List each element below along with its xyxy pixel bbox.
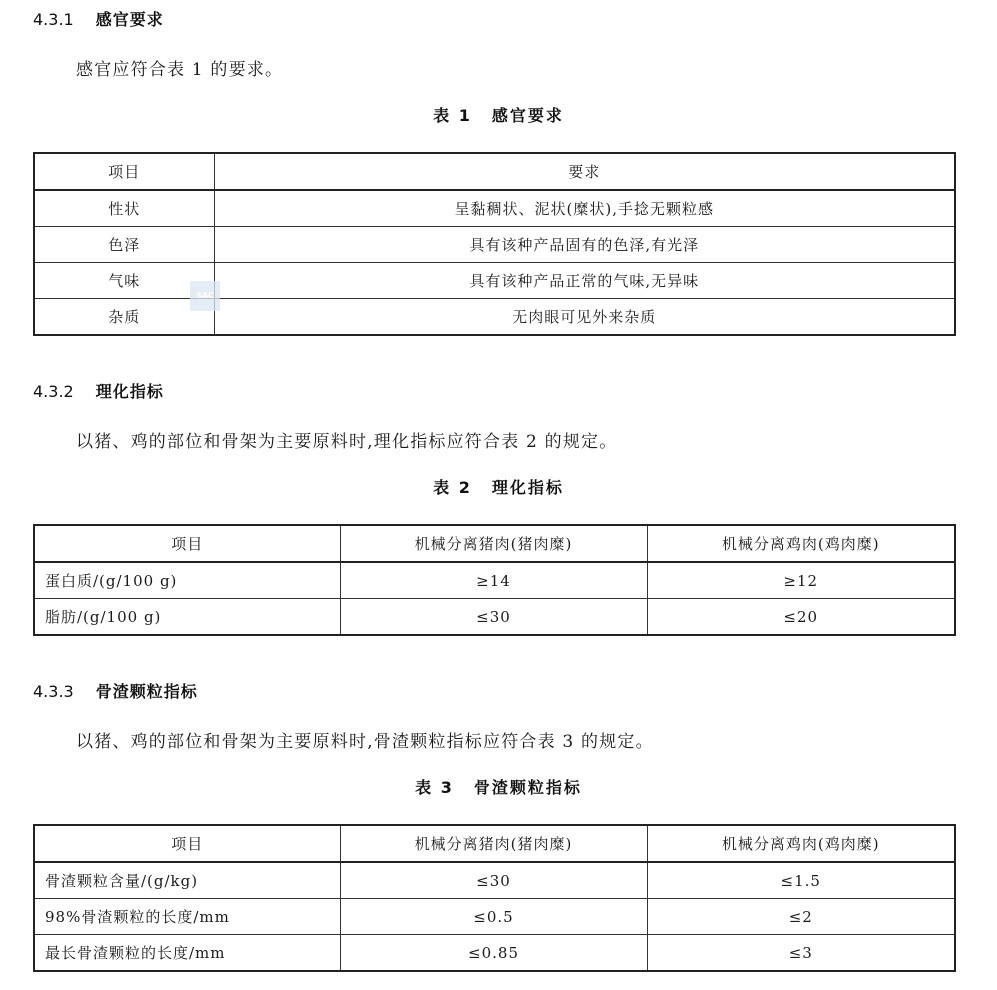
table-cell: 无肉眼可见外来杂质: [214, 299, 955, 336]
table-row: 性状 呈黏稠状、泥状(糜状),手捻无颗粒感: [34, 190, 955, 227]
column-header: 机械分离猪肉(猪肉糜): [340, 525, 647, 562]
table-row: 脂肪/(g/100 g) ≤30 ≤20: [34, 599, 955, 636]
section-heading-4-3-3: 4.3.3骨渣颗粒指标: [33, 679, 198, 702]
table-cell: 呈黏稠状、泥状(糜状),手捻无颗粒感: [214, 190, 955, 227]
section-title: 骨渣颗粒指标: [96, 682, 198, 701]
table-cell: 脂肪/(g/100 g): [34, 599, 340, 636]
column-header: 项目: [34, 825, 340, 862]
table-cell: ≥12: [647, 562, 955, 599]
table-cell: ≤2: [647, 899, 955, 935]
table-title: 骨渣颗粒指标: [474, 778, 582, 797]
table-cell: 气味: [34, 263, 214, 299]
section-heading-4-3-1: 4.3.1感官要求: [33, 7, 164, 30]
table-number: 表 3: [415, 778, 454, 797]
section-paragraph: 以猪、鸡的部位和骨架为主要原料时,理化指标应符合表 2 的规定。: [76, 427, 617, 452]
table-cell: ≤30: [340, 599, 647, 636]
table-bone-particle-indicators: 项目 机械分离猪肉(猪肉糜) 机械分离鸡肉(鸡肉糜) 骨渣颗粒含量/(g/kg)…: [33, 824, 956, 972]
table-physicochemical-indicators: 项目 机械分离猪肉(猪肉糜) 机械分离鸡肉(鸡肉糜) 蛋白质/(g/100 g)…: [33, 524, 956, 636]
table-row: 色泽 具有该种产品固有的色泽,有光泽: [34, 227, 955, 263]
table-cell: 蛋白质/(g/100 g): [34, 562, 340, 599]
table-caption-1: 表 1感官要求: [0, 103, 997, 126]
section-number: 4.3.2: [33, 382, 74, 401]
table-sensory-requirements: 项目 要求 性状 呈黏稠状、泥状(糜状),手捻无颗粒感 色泽 具有该种产品固有的…: [33, 152, 956, 336]
watermark-logo: SAC: [190, 281, 220, 311]
table-header-row: 项目 机械分离猪肉(猪肉糜) 机械分离鸡肉(鸡肉糜): [34, 525, 955, 562]
section-paragraph: 感官应符合表 1 的要求。: [76, 55, 283, 80]
table-caption-2: 表 2理化指标: [0, 475, 997, 498]
table-title: 感官要求: [492, 106, 564, 125]
table-cell: 骨渣颗粒含量/(g/kg): [34, 862, 340, 899]
table-row: 最长骨渣颗粒的长度/mm ≤0.85 ≤3: [34, 935, 955, 972]
section-paragraph: 以猪、鸡的部位和骨架为主要原料时,骨渣颗粒指标应符合表 3 的规定。: [76, 727, 654, 752]
table-cell: 杂质: [34, 299, 214, 336]
table-cell: 98%骨渣颗粒的长度/mm: [34, 899, 340, 935]
table-cell: 具有该种产品固有的色泽,有光泽: [214, 227, 955, 263]
column-header: 项目: [34, 525, 340, 562]
table-header-row: 项目 机械分离猪肉(猪肉糜) 机械分离鸡肉(鸡肉糜): [34, 825, 955, 862]
table-cell: ≥14: [340, 562, 647, 599]
table-number: 表 1: [433, 106, 472, 125]
table-row: 蛋白质/(g/100 g) ≥14 ≥12: [34, 562, 955, 599]
table-cell: ≤20: [647, 599, 955, 636]
table-cell: ≤0.5: [340, 899, 647, 935]
table-cell: ≤3: [647, 935, 955, 972]
table-caption-3: 表 3骨渣颗粒指标: [0, 775, 997, 798]
column-header: 机械分离猪肉(猪肉糜): [340, 825, 647, 862]
column-header: 项目: [34, 153, 214, 190]
section-title: 理化指标: [96, 382, 164, 401]
table-row: 98%骨渣颗粒的长度/mm ≤0.5 ≤2: [34, 899, 955, 935]
table-cell: ≤0.85: [340, 935, 647, 972]
section-heading-4-3-2: 4.3.2理化指标: [33, 379, 164, 402]
table-header-row: 项目 要求: [34, 153, 955, 190]
table-cell: 性状: [34, 190, 214, 227]
table-title: 理化指标: [492, 478, 564, 497]
column-header: 机械分离鸡肉(鸡肉糜): [647, 825, 955, 862]
table-cell: 色泽: [34, 227, 214, 263]
section-number: 4.3.1: [33, 10, 74, 29]
table-number: 表 2: [433, 478, 472, 497]
section-number: 4.3.3: [33, 682, 74, 701]
table-row: 骨渣颗粒含量/(g/kg) ≤30 ≤1.5: [34, 862, 955, 899]
table-cell: 具有该种产品正常的气味,无异味: [214, 263, 955, 299]
table-row: 气味 具有该种产品正常的气味,无异味: [34, 263, 955, 299]
column-header: 机械分离鸡肉(鸡肉糜): [647, 525, 955, 562]
table-cell: ≤1.5: [647, 862, 955, 899]
table-cell: 最长骨渣颗粒的长度/mm: [34, 935, 340, 972]
table-cell: ≤30: [340, 862, 647, 899]
column-header: 要求: [214, 153, 955, 190]
section-title: 感官要求: [96, 10, 164, 29]
table-row: 杂质 无肉眼可见外来杂质: [34, 299, 955, 336]
